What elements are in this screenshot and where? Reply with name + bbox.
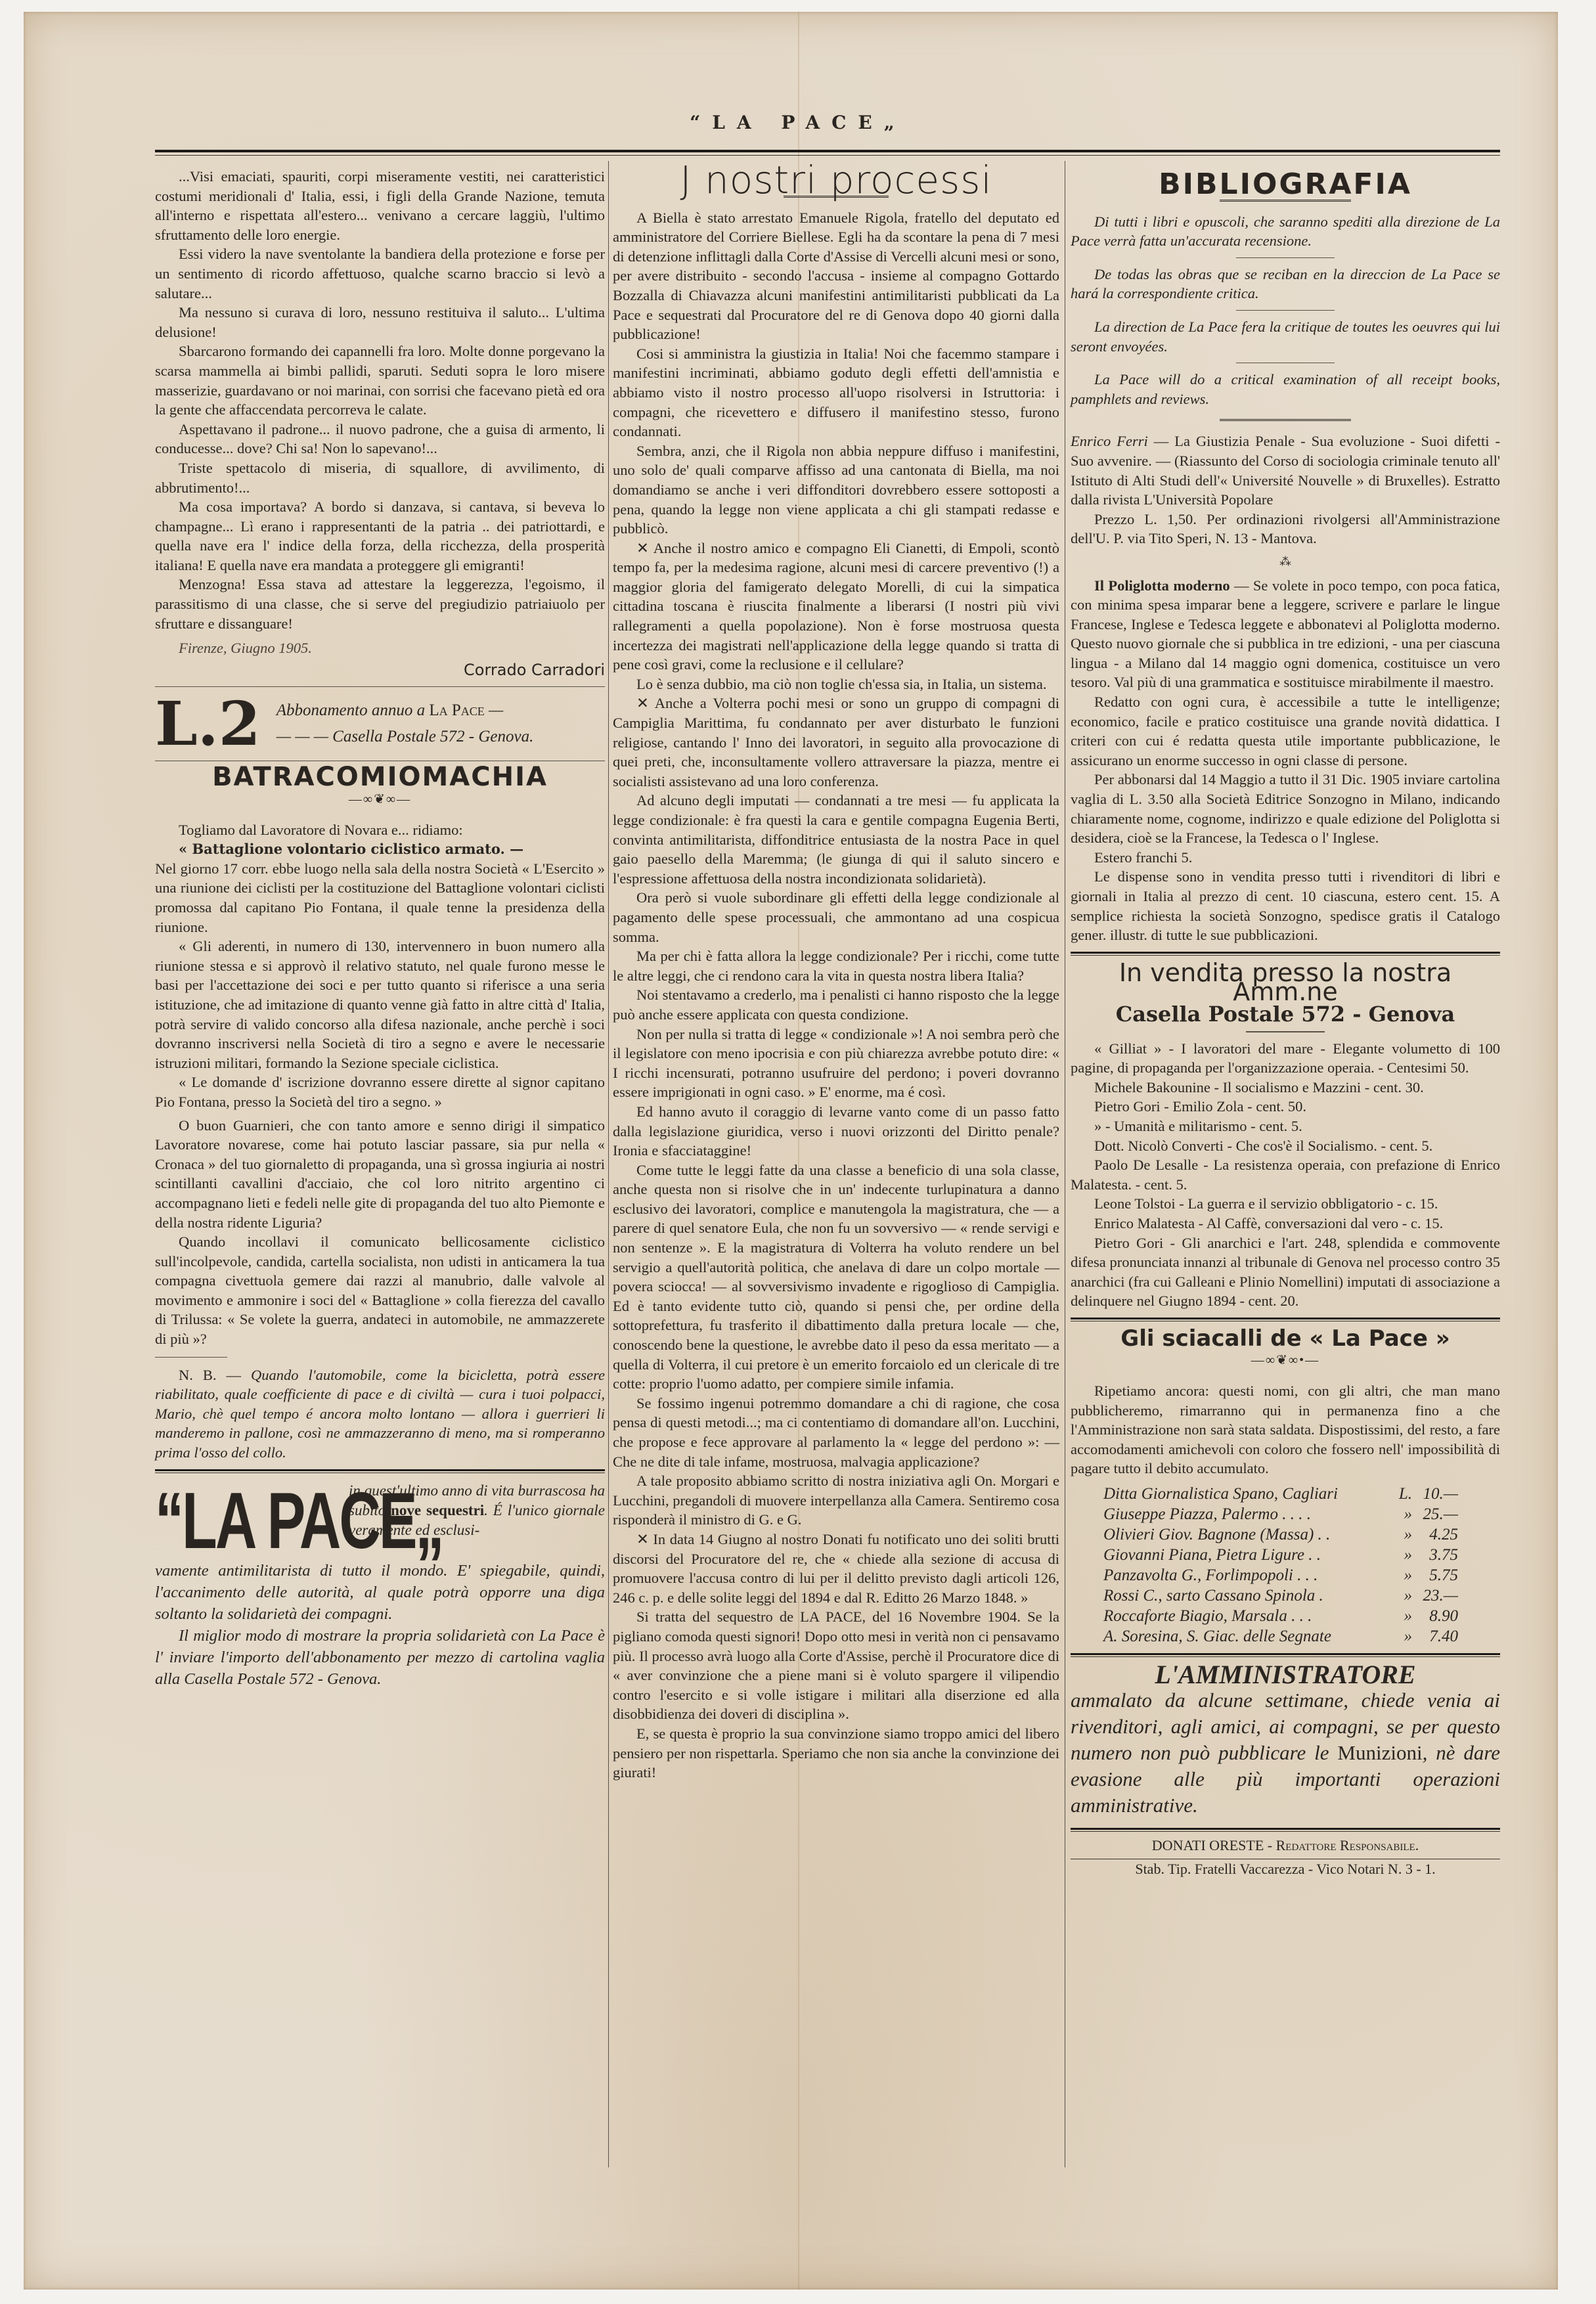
paragraph: ...Visi emaciati, spauriti, corpi misera… bbox=[155, 167, 605, 244]
short-divider bbox=[1246, 1031, 1325, 1032]
sale-item: Pietro Gori - Gli anarchici e l'art. 248… bbox=[1071, 1233, 1500, 1311]
debtor-name: Giuseppe Piazza, Palermo . . . . bbox=[1103, 1504, 1311, 1524]
divider-thin bbox=[155, 1473, 605, 1473]
paragraph: E, se questa è proprio la sua convinzion… bbox=[613, 1724, 1059, 1783]
debtor-name: A. Soresina, S. Giac. delle Segnate bbox=[1103, 1626, 1331, 1647]
column-center: J nostri processi A Biella è stato arres… bbox=[613, 164, 1059, 1783]
paragraph: Ed hanno avuto il coraggio di levarne va… bbox=[613, 1102, 1059, 1161]
paragraph: Noi stentavamo a crederlo, ma i penalist… bbox=[613, 985, 1059, 1024]
paragraph: Aspettavano il padrone... il nuovo padro… bbox=[155, 420, 605, 458]
divider bbox=[155, 686, 605, 687]
divider-thick bbox=[1071, 952, 1500, 954]
paragraph: Ora però si vuole subordinare gli effett… bbox=[613, 888, 1059, 946]
lapace-big-title: “LA PACE„ bbox=[155, 1481, 294, 1560]
divider-thin bbox=[1071, 1321, 1500, 1321]
debt-amount: »23.— bbox=[1404, 1585, 1459, 1606]
divider-thick bbox=[155, 1469, 605, 1471]
sale-item: Michele Bakounine - Il socialismo e Mazz… bbox=[1071, 1078, 1500, 1097]
debtor-name: Giovanni Piana, Pietra Ligure . . bbox=[1103, 1545, 1321, 1565]
paragraph: Cosi si amministra la giustizia in Itali… bbox=[613, 344, 1059, 441]
amount-value: 23.— bbox=[1412, 1585, 1458, 1606]
paragraph: Quando incollavi il comunicato bellicosa… bbox=[155, 1232, 605, 1349]
amount-prefix: » bbox=[1404, 1587, 1413, 1605]
editor-line: DONATI ORESTE - Redattore Responsabile. bbox=[1071, 1836, 1500, 1855]
review-price: Prezzo L. 1,50. Per ordinazioni rivolger… bbox=[1071, 510, 1500, 548]
amount-value: 5.75 bbox=[1412, 1565, 1458, 1585]
paragraph: Si tratta del sequestro de LA PACE, del … bbox=[613, 1607, 1059, 1724]
top-rule-thin bbox=[155, 155, 1500, 156]
paper-name: La Pace bbox=[429, 701, 484, 719]
promo-body: vamente antimilitarista di tutto il mond… bbox=[155, 1560, 605, 1625]
asterism: ⁂ bbox=[1071, 552, 1500, 572]
poliglotta-text: — Se volete in poco tempo, con poca fati… bbox=[1071, 577, 1500, 691]
section-title-vendita: In vendita presso la nostra Amm.ne bbox=[1071, 964, 1500, 1002]
debtor-row: Giovanni Piana, Pietra Ligure . .»3.75 bbox=[1103, 1545, 1458, 1565]
vendita-address: Casella Postale 572 - Genova bbox=[1071, 1005, 1500, 1025]
paragraph: Ma per chi è fatta allora la legge condi… bbox=[613, 946, 1059, 985]
paragraph: Per abbonarsi dal 14 Maggio a tutto il 3… bbox=[1071, 770, 1500, 847]
notice-french: La direction de La Pace fera la critique… bbox=[1071, 317, 1500, 356]
paragraph: Menzogna! Essa stava ad attestare la leg… bbox=[155, 575, 605, 633]
short-divider bbox=[155, 1357, 227, 1358]
dash: — bbox=[485, 701, 503, 719]
amount-value: 4.25 bbox=[1412, 1524, 1458, 1545]
divider-thin bbox=[1071, 1831, 1500, 1832]
divider bbox=[1220, 419, 1351, 421]
subscription-address: — — — Casella Postale 572 - Genova. bbox=[277, 724, 605, 750]
nota-bene: N. B. — Quando l'automobile, come la bic… bbox=[155, 1365, 605, 1463]
debtor-row: Rossi C., sarto Cassano Spinola .»23.— bbox=[1103, 1585, 1458, 1606]
divider-thick bbox=[1071, 1828, 1500, 1830]
quote-title: « Battaglione volontario ciclistico arma… bbox=[155, 839, 605, 859]
place-date: Firenze, Giugno 1905. bbox=[179, 638, 605, 658]
debtor-name: Panzavolta G., Forlimpopoli . . . bbox=[1103, 1565, 1318, 1585]
sale-item: « Gilliat » - I lavoratori del mare - El… bbox=[1071, 1039, 1500, 1078]
sale-item: Paolo De Lesalle - La resistenza operaia… bbox=[1071, 1155, 1500, 1194]
debtor-row: Roccaforte Biagio, Marsala . . .»8.90 bbox=[1103, 1606, 1458, 1626]
subscription-price: L.2 bbox=[155, 694, 261, 754]
paragraph: A tale proposito abbiamo scritto di nost… bbox=[613, 1471, 1059, 1530]
column-divider bbox=[608, 161, 609, 2167]
paragraph: Triste spettacolo di miseria, di squallo… bbox=[155, 458, 605, 497]
debtor-name: Roccaforte Biagio, Marsala . . . bbox=[1103, 1606, 1312, 1626]
paragraph: ✕ In data 14 Giugno al nostro Donati fu … bbox=[613, 1530, 1059, 1607]
paragraph: Sbarcarono formando dei capannelli fra l… bbox=[155, 342, 605, 419]
subscription-box: L.2 Abbonamento annuo a La Pace — — — — … bbox=[155, 694, 605, 754]
debt-amount: »5.75 bbox=[1404, 1565, 1459, 1585]
divider-thick bbox=[1071, 1318, 1500, 1319]
notice-spanish: De todas las obras que se reciban en la … bbox=[1071, 265, 1500, 303]
paragraph: Nel giorno 17 corr. ebbe luogo nella sal… bbox=[155, 859, 605, 937]
lapace-promo: “LA PACE„ in quest'ultimo anno di vita b… bbox=[155, 1481, 605, 1560]
paragraph: « Gli aderenti, in numero di 130, interv… bbox=[155, 937, 605, 1073]
paragraph: Ripetiamo ancora: questi nomi, con gli a… bbox=[1071, 1381, 1500, 1478]
emigrants-article: ...Visi emaciati, spauriti, corpi misera… bbox=[155, 167, 605, 680]
debtor-row: Ditta Giornalistica Spano, CagliariL.10.… bbox=[1103, 1484, 1458, 1504]
amount-value: 10.— bbox=[1412, 1484, 1458, 1504]
debtor-list: Ditta Giornalistica Spano, CagliariL.10.… bbox=[1071, 1484, 1458, 1647]
sale-item: Enrico Malatesta - Al Caffè, conversazio… bbox=[1071, 1214, 1500, 1233]
amount-prefix: » bbox=[1404, 1505, 1413, 1523]
paragraph: Ad alcuno degli imputati — condannati a … bbox=[613, 791, 1059, 888]
paragraph: Togliamo dal Lavoratore di Novara e... r… bbox=[155, 820, 605, 840]
column-right: BIBLIOGRAFIA Di tutti i libri e opuscoli… bbox=[1071, 164, 1500, 1879]
top-rule bbox=[155, 150, 1500, 152]
paragraph: Come tutte le leggi fatte da una classe … bbox=[613, 1161, 1059, 1394]
nb-label: N. B. — bbox=[179, 1367, 241, 1383]
paragraph: ✕ Anche il nostro amico e compagno Eli C… bbox=[613, 539, 1059, 675]
section-title-sciacalli: Gli sciacalli de « La Pace » bbox=[1071, 1329, 1500, 1349]
debtor-row: Giuseppe Piazza, Palermo . . . .»25.— bbox=[1103, 1504, 1458, 1524]
debt-amount: »4.25 bbox=[1404, 1524, 1459, 1545]
paragraph: Ma nessuno si curava di loro, nessuno re… bbox=[155, 303, 605, 342]
subscription-label: Abbonamento annuo a bbox=[277, 701, 425, 719]
amount-value: 7.40 bbox=[1412, 1626, 1458, 1647]
review-author: Enrico Ferri bbox=[1071, 433, 1148, 449]
debt-amount: »7.40 bbox=[1404, 1626, 1459, 1647]
sale-item: » - Umanità e militarismo - cent. 5. bbox=[1071, 1117, 1500, 1136]
debtor-row: A. Soresina, S. Giac. delle Segnate»7.40 bbox=[1103, 1626, 1458, 1647]
printer-line: Stab. Tip. Fratelli Vaccarezza - Vico No… bbox=[1071, 1859, 1500, 1879]
debt-amount: »8.90 bbox=[1404, 1606, 1459, 1626]
paragraph: ✕ Anche a Volterra pochi mesi or sono un… bbox=[613, 694, 1059, 791]
paragraph: « Le domande d' iscrizione dovranno esse… bbox=[155, 1073, 605, 1111]
review-ferri: Enrico Ferri — La Giustizia Penale - Sua… bbox=[1071, 432, 1500, 509]
amministratore-notice: ammalato da alcune settimane, chiede ven… bbox=[1071, 1687, 1500, 1819]
paragraph: Lo è senza dubbio, ma ciò non toglie ch'… bbox=[613, 675, 1059, 694]
amount-value: 25.— bbox=[1412, 1504, 1458, 1524]
amount-prefix: L. bbox=[1399, 1485, 1412, 1503]
divider-thick bbox=[1071, 1653, 1500, 1655]
amount-prefix: » bbox=[1404, 1628, 1413, 1645]
section-title-amministratore: L'AMMINISTRATORE bbox=[1071, 1665, 1500, 1685]
author-signature: Corrado Carradori bbox=[155, 661, 605, 680]
section-title-batracomiomachia: BATRACOMIOMACHIA bbox=[155, 768, 605, 787]
paragraph: Essi videro la nave sventolante la bandi… bbox=[155, 244, 605, 303]
column-left: ...Visi emaciati, spauriti, corpi misera… bbox=[155, 164, 605, 1690]
sale-item: Dott. Nicolò Converti - Che cos'è il Soc… bbox=[1071, 1136, 1500, 1156]
notice-english: La Pace will do a critical examination o… bbox=[1071, 370, 1500, 409]
amount-prefix: » bbox=[1404, 1566, 1413, 1584]
amount-value: 8.90 bbox=[1412, 1606, 1458, 1626]
short-divider bbox=[1236, 310, 1335, 311]
masthead: “LA PACE„ bbox=[0, 112, 1596, 133]
amount-value: 3.75 bbox=[1412, 1545, 1458, 1565]
paragraph: Sembra, anzi, che il Rigola non abbia ne… bbox=[613, 441, 1059, 539]
paragraph: Estero franchi 5. bbox=[1071, 848, 1500, 868]
notice-roman: Munizioni bbox=[1337, 1741, 1422, 1764]
debt-amount: L.10.— bbox=[1399, 1484, 1458, 1504]
paragraph: O buon Guarnieri, che con tanto amore e … bbox=[155, 1116, 605, 1233]
paragraph: A Biella è stato arrestato Emanuele Rigo… bbox=[613, 208, 1059, 344]
paragraph: Ma cosa importava? A bordo si danzava, s… bbox=[155, 497, 605, 575]
sale-item: Pietro Gori - Emilio Zola - cent. 50. bbox=[1071, 1097, 1500, 1117]
paragraph: Redatto con ogni cura, è accessibile a t… bbox=[1071, 692, 1500, 770]
section-title-processi: J nostri processi bbox=[613, 171, 1059, 190]
debtor-name: Olivieri Giov. Bagnone (Massa) . . bbox=[1103, 1524, 1330, 1545]
paragraph: Le dispense sono in vendita presso tutti… bbox=[1071, 867, 1500, 944]
debt-amount: »3.75 bbox=[1404, 1545, 1459, 1565]
amount-prefix: » bbox=[1404, 1546, 1413, 1564]
short-divider bbox=[1236, 257, 1335, 258]
ornament-divider: —∞❦∞•— bbox=[1071, 1351, 1500, 1371]
divider-thin bbox=[1071, 1656, 1500, 1657]
debtor-row: Panzavolta G., Forlimpopoli . . .»5.75 bbox=[1103, 1565, 1458, 1585]
notice-italian: Di tutti i libri e opuscoli, che saranno… bbox=[1071, 212, 1500, 251]
section-title-bibliografia: BIBLIOGRAFIA bbox=[1071, 175, 1500, 194]
sale-item: Leone Tolstoi - La guerra e il servizio … bbox=[1071, 1194, 1500, 1214]
short-divider bbox=[1236, 363, 1335, 363]
ornament-divider: —∞❦∞— bbox=[155, 790, 605, 810]
divider bbox=[155, 761, 605, 761]
paragraph: Non per nulla si tratta di legge « condi… bbox=[613, 1025, 1059, 1102]
promo-body: Il miglior modo di mostrare la propria s… bbox=[155, 1625, 605, 1690]
debt-amount: »25.— bbox=[1404, 1504, 1459, 1524]
paragraph: Se fossimo ingenui potremmo domandare a … bbox=[613, 1394, 1059, 1471]
amount-prefix: » bbox=[1404, 1526, 1413, 1543]
debtor-row: Olivieri Giov. Bagnone (Massa) . .»4.25 bbox=[1103, 1524, 1458, 1545]
debtor-name: Rossi C., sarto Cassano Spinola . bbox=[1103, 1585, 1323, 1606]
poliglotta-title: Il Poliglotta moderno bbox=[1094, 577, 1230, 594]
column-divider bbox=[1065, 161, 1065, 2167]
divider-thin bbox=[1071, 955, 1500, 956]
poliglotta-para: Il Poliglotta moderno — Se volete in poc… bbox=[1071, 576, 1500, 693]
debtor-name: Ditta Giornalistica Spano, Cagliari bbox=[1103, 1484, 1338, 1504]
amount-prefix: » bbox=[1404, 1607, 1413, 1625]
